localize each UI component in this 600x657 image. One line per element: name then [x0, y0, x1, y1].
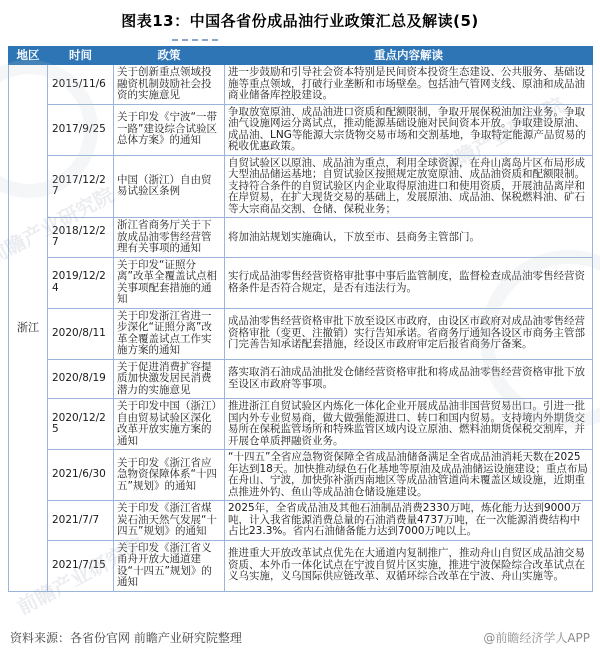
policy-cell: 关于印发浙江省进一步深化“证照分离”改革全覆盖试点工作实施方案的通知: [114, 308, 225, 359]
table-header-row: 地区 时间 政策 重点内容解读: [9, 47, 593, 65]
title-dashed-underline: [172, 39, 218, 41]
table-row: 2020/8/11 关于印发浙江省进一步深化“证照分离”改革全覆盖试点工作实施方…: [9, 308, 593, 359]
date-cell: 2020/12/25: [48, 399, 114, 450]
table-row: 2017/12/27 中国（浙江）自由贸易试验区条例 自贸试验区以原油、成品油为…: [9, 155, 593, 218]
content-cell: 落实取消石油成品油批发仓储经营资格审批和将成品油零售经营资格审批下放至设区市政府…: [225, 359, 593, 399]
column-header-content: 重点内容解读: [225, 47, 593, 65]
content-cell: 2025年，全省成品油及其他石油制品消费2330万吨，炼化能力达到9000万吨，…: [225, 501, 593, 541]
date-cell: 2020/8/11: [48, 308, 114, 359]
date-cell: 2017/9/25: [48, 104, 114, 155]
content-cell: “十四五”全省应急物资保障全省成品油储备满足全省成品油消耗天数在2025年达到1…: [225, 450, 593, 501]
figure-title: 图表13：中国各省份成品油行业政策汇总及解读(5): [0, 10, 600, 31]
date-cell: 2021/7/15: [48, 540, 114, 591]
content-cell: 成品油零售经营资格审批下放至设区市政府，由设区市政府对成品油零售经营资格审批（变…: [225, 308, 593, 359]
table-row: 2018/12/27 浙江省商务厅关于下放成品油零售经营管理有关事项的通知 将加…: [9, 218, 593, 258]
table-row: 2019/12/24 关于印发“证照分离”改革全覆盖试点相关事项配套措施的通知 …: [9, 257, 593, 308]
date-cell: 2021/6/30: [48, 450, 114, 501]
policy-cell: 关于印发《宁波“一带一路”建设综合试验区总体方案》的通知: [114, 104, 225, 155]
table-row: 2021/6/30 关于印发《浙江省应急物资保障体系“十四五”规划》的通知 “十…: [9, 450, 593, 501]
date-cell: 2020/8/19: [48, 359, 114, 399]
table-row: 2020/12/25 关于印发中国（浙江）自由贸易试验区深化改革开放实施方案的通…: [9, 399, 593, 450]
table-row: 2021/7/7 关于印发《浙江省煤炭石油天然气发展“十四五”规划》的通知 20…: [9, 501, 593, 541]
policy-cell: 关于创新重点领域投融资机制鼓励社会投资的实施意见: [114, 65, 225, 105]
content-cell: 推进重大开放改革试点优先在大通道内复制推广，推动舟山自贸区成品油交易资质、本外币…: [225, 540, 593, 591]
policy-cell: 浙江省商务厅关于下放成品油零售经营管理有关事项的通知: [114, 218, 225, 258]
policy-cell: 关于印发《浙江省义甬舟开放大通道建设“十四五”规划》的通知: [114, 540, 225, 591]
region-cell: 浙江: [9, 65, 48, 592]
column-header-region: 地区: [9, 47, 48, 65]
column-header-date: 时间: [48, 47, 114, 65]
table-row: 2017/9/25 关于印发《宁波“一带一路”建设综合试验区总体方案》的通知 争…: [9, 104, 593, 155]
source-note: 资料来源：各省份官网 前瞻产业研究院整理: [10, 629, 242, 646]
table-row: 2020/8/19 关于促进消费扩容提质加快激发居民消费潜力的实施意见 落实取消…: [9, 359, 593, 399]
date-cell: 2017/12/27: [48, 155, 114, 218]
credit-note: @前瞻经济学人APP: [483, 629, 590, 646]
date-cell: 2021/7/7: [48, 501, 114, 541]
date-cell: 2019/12/24: [48, 257, 114, 308]
column-header-policy: 政策: [114, 47, 225, 65]
content-cell: 实行成品油零售经营资格审批事中事后监管制度，监督检查成品油零售经营资格条件是否符…: [225, 257, 593, 308]
policy-cell: 关于印发《浙江省煤炭石油天然气发展“十四五”规划》的通知: [114, 501, 225, 541]
content-cell: 推进浙江自贸试验区内炼化一体化企业开展成品油非国营贸易出口。引进一批国内外专业贸…: [225, 399, 593, 450]
policy-cell: 关于促进消费扩容提质加快激发居民消费潜力的实施意见: [114, 359, 225, 399]
policy-cell: 关于印发中国（浙江）自由贸易试验区深化改革开放实施方案的通知: [114, 399, 225, 450]
table-row: 2021/7/15 关于印发《浙江省义甬舟开放大通道建设“十四五”规划》的通知 …: [9, 540, 593, 591]
content-cell: 进一步鼓励和引导社会资本特别是民间资本投资生态建设、公共服务、基础设施等重点领域…: [225, 65, 593, 105]
footer: 资料来源：各省份官网 前瞻产业研究院整理 @前瞻经济学人APP: [10, 629, 590, 645]
date-cell: 2015/11/6: [48, 65, 114, 105]
content-cell: 自贸试验区以原油、成品油为重点，利用全球资源，在舟山离岛片区布局形成大型油品储运…: [225, 155, 593, 218]
policy-table: 地区 时间 政策 重点内容解读 浙江 2015/11/6 关于创新重点领域投融资…: [8, 46, 593, 592]
policy-cell: 中国（浙江）自由贸易试验区条例: [114, 155, 225, 218]
date-cell: 2018/12/27: [48, 218, 114, 258]
policy-cell: 关于印发“证照分离”改革全覆盖试点相关事项配套措施的通知: [114, 257, 225, 308]
content-cell: 争取放宽原油、成品油进口资质和配额限制，争取开展保税油加注业务。争取油气设施网运…: [225, 104, 593, 155]
content-cell: 将加油站规划实施确认，下放至市、县商务主管部门。: [225, 218, 593, 258]
policy-cell: 关于印发《浙江省应急物资保障体系“十四五”规划》的通知: [114, 450, 225, 501]
table-row: 浙江 2015/11/6 关于创新重点领域投融资机制鼓励社会投资的实施意见 进一…: [9, 65, 593, 105]
